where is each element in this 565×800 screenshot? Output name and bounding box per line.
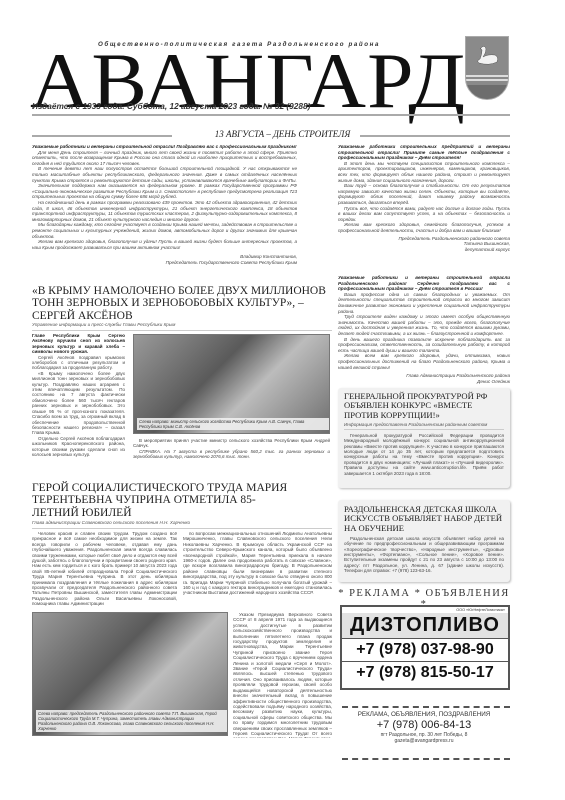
article-hero-byline: Глава администрации Славновского сельско… [32,520,190,525]
paragraph: Отдельно Сергей Аксёнов поблагодарил шко… [32,436,125,458]
signature-name: Денис Олейник [338,379,510,385]
paragraph: Для меня День строителя – личный праздни… [32,150,297,167]
signature-role: Председатель Государственного Совета Рес… [32,260,297,266]
photo-chuprina-jubilee: Слева направо: председатель Раздольненск… [32,612,228,736]
article-lead: Уважаемые работники строительных предпри… [338,144,510,160]
ad-phone-2[interactable]: +7 (978) 815-50-17 [342,661,508,684]
article-hero-col3: Указом Президиума Верховного Совета СССР… [233,612,332,738]
article-lead: Уважаемые работники и ветераны строитель… [32,144,297,149]
issue-info: Издаётся с 1933 года. Суббота, 12 август… [32,101,310,111]
box-headline: РАЗДОЛЬНЕНСКАЯ ДЕТСКАЯ ШКОЛА ИСКУССТВ ОБ… [344,505,504,533]
paragraph: Труд строителя виден каждому и этого име… [338,314,510,336]
paragraph: Желаю всем вам крепкого здоровья, удачи,… [338,353,510,370]
article-grain-column: Главе Республики Крым Сергею Аксёнову вр… [32,333,125,457]
contact-email[interactable]: gazeta@avangardpress.ru [338,738,510,744]
dashed-divider [342,706,510,708]
swan-crest-icon [465,36,509,100]
paragraph: Мы благодарны каждому, кто сегодня участ… [32,222,297,239]
article-hero-col2: по вопросам межнациональных отношений Лю… [183,531,332,609]
article-grain-footer: В мероприятии принял участие министр сел… [133,438,330,460]
article-grain-headline: «В КРЫМУ НАМОЛОЧЕНО БОЛЕЕ ДВУХ МИЛЛИОНОВ… [32,285,332,322]
box-headline: ГЕНЕРАЛЬНОЙ ПРОКУРАТУРОЙ РФ ОБЪЯВЛЕН КОН… [344,392,504,420]
paragraph: Желаю вам крепкого здоровья, семейного б… [338,222,510,233]
ad-title: ДИЗТОПЛИВО [342,613,508,638]
divider [32,528,332,529]
contact-phone[interactable]: +7 (978) 006-84-13 [338,719,510,731]
box-text: Генеральной прокуратурой Российской Феде… [344,433,504,476]
ad-diesel-fuel: ООО «ЮгНефтеЛогистика» ДИЗТОПЛИВО +7 (97… [340,605,510,690]
photo-aksenov-savchuk: Слева направо: министр сельского хозяйст… [133,334,330,434]
paragraph: На сегодняшний день в рамках программы р… [32,200,297,222]
paragraph: Желаю вам крепкого здоровья, благополучи… [32,239,297,250]
box-art-school: РАЗДОЛЬНЕНСКАЯ ДЕТСКАЯ ШКОЛА ИСКУССТВ ОБ… [338,500,510,582]
box-byline: Информация предоставлена Раздольненским … [344,422,504,430]
contact-title: РЕКЛАМА, ОБЪЯВЛЕНИЯ, ПОЗДРАВЛЕНИЯ [338,711,510,718]
section-divider-right [360,135,510,137]
section-title: 13 АВГУСТА – ДЕНЬ СТРОИТЕЛЯ [0,129,565,139]
paragraph: В мероприятии принял участие министр сел… [133,438,330,449]
article-hero-col1: Человек красив и славен своим трудом. Тр… [32,531,177,609]
signature-extra: депутатский корпус [338,247,510,253]
divider [32,330,332,331]
article-builders-oleynik: Уважаемые работники и ветераны строитель… [338,275,510,384]
paragraph: Сергей Аксёнов поздравил крымских хлебор… [32,355,125,371]
paragraph: «В Крыму намолочено более двух миллионов… [32,371,125,436]
paragraph: Пусть всё, что создаётся вами, радует на… [338,206,510,223]
article-hero-headline: ГЕРОЙ СОЦИАЛИСТИЧЕСКОГО ТРУДА МАРИЯ ТЕРЕ… [32,482,302,519]
article-lead: Главе Республики Крым Сергею Аксёнову вр… [32,333,125,355]
ad-phone-1[interactable]: +7 (978) 037-98-90 [342,638,508,661]
paragraph: Ваша профессия одна из самых благородных… [338,292,510,314]
masthead-rule [32,114,510,116]
dashed-divider [342,758,510,760]
crest-base [466,85,508,100]
paragraph: В течение девяти лет наш полуостров оста… [32,166,297,183]
reference-note: СПРАВКА. На 7 августа в республике убран… [133,449,330,460]
swan-icon [474,45,502,67]
article-builders-vyshinskaya: Уважаемые работники строительных предпри… [338,144,510,252]
paragraph: Ваш труд – основа благополучия и стабиль… [338,183,510,205]
crest-waves [466,75,508,83]
paragraph: В день вашего праздника позвольте искрен… [338,337,510,354]
photo-caption: Слева направо: председатель Раздольненск… [36,710,227,732]
photo-caption: Слева направо: министр сельского хозяйст… [137,418,329,430]
box-text: Раздольненская детская школа искусств об… [344,536,504,574]
article-grain-byline: Управление информации и пресс-службы Гла… [32,322,175,327]
article-lead: Уважаемые работники и ветераны строитель… [338,275,510,291]
paragraph: Значительная поддержка нам оказывается н… [32,183,297,200]
ad-contact-block: РЕКЛАМА, ОБЪЯВЛЕНИЯ, ПОЗДРАВЛЕНИЯ +7 (97… [338,711,510,744]
paragraph: В этот день мы чествуем специалистов стр… [338,161,510,183]
box-corruption-contest: ГЕНЕРАЛЬНОЙ ПРОКУРАТУРОЙ РФ ОБЪЯВЛЕН КОН… [338,388,510,488]
article-builders-konstantinov: Уважаемые работники и ветераны строитель… [32,144,297,265]
